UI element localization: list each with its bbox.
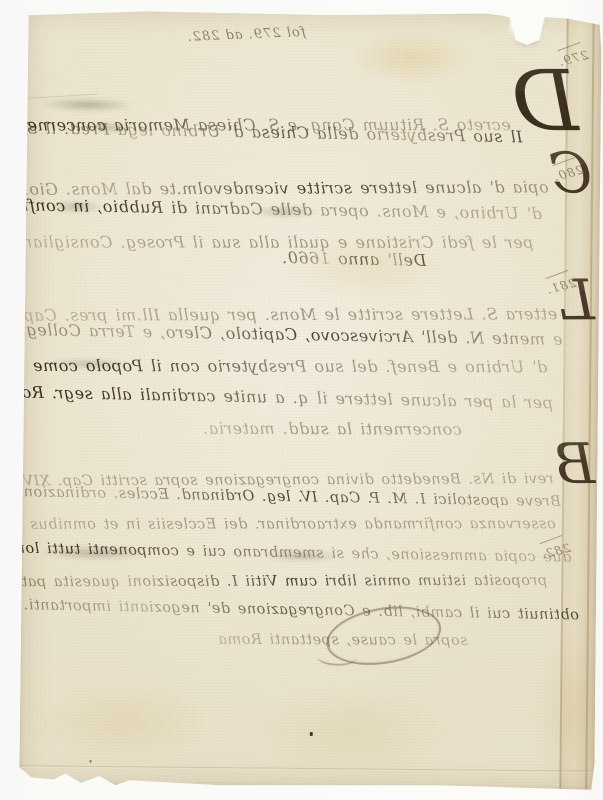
manuscript-line: proposita istium omnis libri cum Vitii I… xyxy=(0,571,547,592)
manuscript-line: osservanza confirmanda extraordinar. dei… xyxy=(0,514,556,535)
manuscript-line: concernenti la sudd. materia. xyxy=(203,418,462,441)
manuscript-line: obtinuit cui il cambi, lib. e Congregazi… xyxy=(0,593,579,625)
ink-blot xyxy=(86,122,132,133)
scan-background: fol 279. ad 282. Decreto S. Rituum Cong.… xyxy=(0,0,603,800)
ink-speck xyxy=(310,732,313,736)
manuscript-line: per le fedi Cristiane e quali alla sua i… xyxy=(9,231,533,253)
ink-speck xyxy=(89,760,91,763)
manuscript-line: per la per alcune lettere il q. a unite … xyxy=(4,381,553,414)
manuscript-line: Dell' anno 1660. xyxy=(281,247,426,272)
paper-sheet: fol 279. ad 282. Decreto S. Rituum Cong.… xyxy=(19,7,601,789)
